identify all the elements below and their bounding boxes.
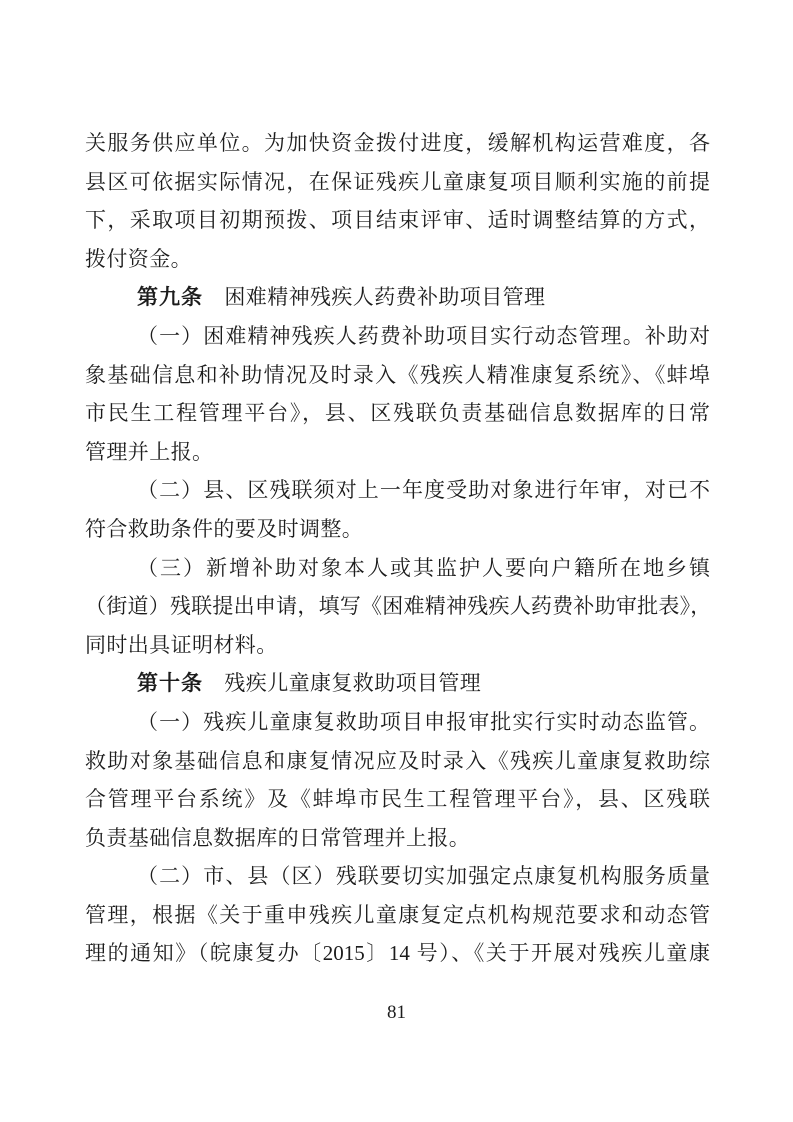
article-number: 第九条 — [137, 285, 203, 309]
text-segment: 市民生工程管理平台》，县、区残联负责基础信息数据库的日常 — [85, 401, 710, 425]
text-line: 理的通知》（皖康复办〔2015〕14 号）、《关于开展对残疾儿童康 — [85, 934, 710, 973]
text-line: 市民生工程管理平台》，县、区残联负责基础信息数据库的日常 — [85, 394, 710, 433]
text-line: 象基础信息和补助情况及时录入《残疾人精准康复系统》、《蚌埠 — [85, 356, 710, 395]
text-segment: 理的通知》（皖康复办〔2015〕14 号）、《关于开展对残疾儿童康 — [85, 941, 710, 965]
text-segment: 合管理平台系统》及《蚌埠市民生工程管理平台》，县、区残联 — [85, 787, 710, 811]
text-line: 关服务供应单位。为加快资金拨付进度，缓解机构运营难度，各 — [85, 124, 710, 163]
text-line: 管理，根据《关于重申残疾儿童康复定点机构规范要求和动态管 — [85, 896, 710, 935]
document-page: 关服务供应单位。为加快资金拨付进度，缓解机构运营难度，各县区可依据实际情况，在保… — [0, 0, 793, 1122]
text-segment: 同时出具证明材料。 — [85, 633, 278, 657]
text-segment: 困难精神残疾人药费补助项目管理 — [203, 285, 545, 309]
text-segment: 象基础信息和补助情况及时录入《残疾人精准康复系统》、《蚌埠 — [85, 363, 710, 387]
text-line: （街道）残联提出申请，填写《困难精神残疾人药费补助审批表》， — [85, 587, 710, 626]
text-segment: 负责基础信息数据库的日常管理并上报。 — [85, 826, 470, 850]
text-segment: （一）困难精神残疾人药费补助项目实行动态管理。补助对 — [137, 324, 710, 348]
text-line: 救助对象基础信息和康复情况应及时录入《残疾儿童康复救助综 — [85, 742, 710, 781]
text-line: （一）困难精神残疾人药费补助项目实行动态管理。补助对 — [85, 317, 710, 356]
text-segment: 管理并上报。 — [85, 440, 213, 464]
text-line: 下，采取项目初期预拨、项目结束评审、适时调整结算的方式， — [85, 201, 710, 240]
heading-line: 第十条 残疾儿童康复救助项目管理 — [85, 664, 710, 703]
text-segment: （二）县、区残联须对上一年度受助对象进行年审，对已不 — [137, 478, 710, 502]
text-segment: 拨付资金。 — [85, 247, 192, 271]
text-line: （三）新增补助对象本人或其监护人要向户籍所在地乡镇 — [85, 549, 710, 588]
text-segment: 关服务供应单位。为加快资金拨付进度，缓解机构运营难度，各 — [85, 131, 710, 155]
text-segment: （三）新增补助对象本人或其监护人要向户籍所在地乡镇 — [137, 556, 710, 580]
text-segment: 下，采取项目初期预拨、项目结束评审、适时调整结算的方式， — [85, 208, 710, 232]
heading-line: 第九条 困难精神残疾人药费补助项目管理 — [85, 278, 710, 317]
text-line: 符合救助条件的要及时调整。 — [85, 510, 710, 549]
text-segment: （二）市、县（区）残联要切实加强定点康复机构服务质量 — [137, 864, 710, 888]
text-segment: 救助对象基础信息和康复情况应及时录入《残疾儿童康复救助综 — [85, 749, 710, 773]
text-line: 合管理平台系统》及《蚌埠市民生工程管理平台》，县、区残联 — [85, 780, 710, 819]
text-line: （二）市、县（区）残联要切实加强定点康复机构服务质量 — [85, 857, 710, 896]
text-line: 同时出具证明材料。 — [85, 626, 710, 665]
text-line: （一）残疾儿童康复救助项目申报审批实行实时动态监管。 — [85, 703, 710, 742]
text-line: 负责基础信息数据库的日常管理并上报。 — [85, 819, 710, 858]
text-block: 关服务供应单位。为加快资金拨付进度，缓解机构运营难度，各县区可依据实际情况，在保… — [85, 124, 710, 973]
text-segment: 县区可依据实际情况，在保证残疾儿童康复项目顺利实施的前提 — [85, 170, 710, 194]
text-line: 管理并上报。 — [85, 433, 710, 472]
text-segment: 符合救助条件的要及时调整。 — [85, 517, 363, 541]
text-segment: （一）残疾儿童康复救助项目申报审批实行实时动态监管。 — [137, 710, 710, 734]
text-segment: 残疾儿童康复救助项目管理 — [203, 671, 481, 695]
article-number: 第十条 — [137, 671, 203, 695]
text-line: 拨付资金。 — [85, 240, 710, 279]
text-segment: 管理，根据《关于重申残疾儿童康复定点机构规范要求和动态管 — [85, 903, 710, 927]
page-number: 81 — [0, 1000, 793, 1026]
text-line: （二）县、区残联须对上一年度受助对象进行年审，对已不 — [85, 471, 710, 510]
text-line: 县区可依据实际情况，在保证残疾儿童康复项目顺利实施的前提 — [85, 163, 710, 202]
text-segment: （街道）残联提出申请，填写《困难精神残疾人药费补助审批表》， — [85, 594, 710, 618]
